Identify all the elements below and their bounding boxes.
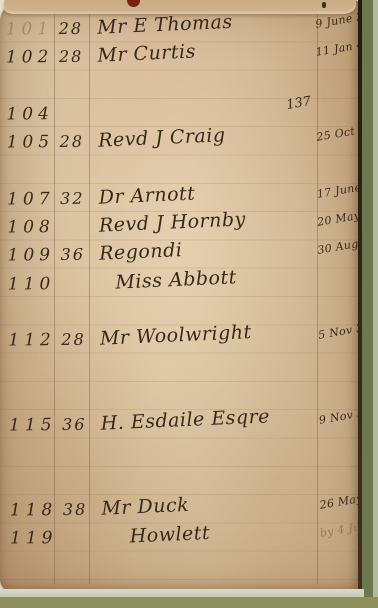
ledger-page: 10128Mr E Thomas9 June 3610228Mr Curtis1… — [0, 0, 360, 594]
ledger-row: 10936Regondi30 Aug 37 — [0, 241, 360, 270]
entry-name: Revd J Hornby — [99, 208, 247, 236]
entry-name: Miss Abbott — [115, 266, 237, 293]
ledger-row: 110Miss Abbott — [0, 269, 360, 298]
entry-name: Mr Woolwright — [99, 321, 252, 350]
ledger-row: 10128Mr E Thomas9 June 36 — [0, 14, 358, 43]
entry-size: 28 — [59, 47, 84, 66]
ledger-photograph: 10128Mr E Thomas9 June 3610228Mr Curtis1… — [0, 0, 378, 608]
entry-number: 118 — [10, 500, 60, 520]
entry-number: 110 — [8, 274, 58, 294]
entry-number: 107 — [7, 189, 57, 209]
entry-name: Mr Duck — [101, 494, 190, 520]
entry-number: 104 — [6, 104, 56, 124]
entry-size: 32 — [60, 189, 85, 208]
entry-number: 119 — [10, 528, 60, 548]
ledger-row: 108Revd J Hornby20 May 36 — [0, 213, 359, 242]
entry-number: 105 — [7, 132, 57, 152]
entry-size: 36 — [62, 415, 87, 434]
entry-number: 115 — [9, 415, 59, 435]
ledger-row: 11536H. Esdaile Esqre9 Nov 36 — [1, 411, 361, 440]
ledger-row: 104137 — [0, 99, 359, 128]
ink-mark — [322, 2, 326, 8]
entry-name: Dr Arnott — [98, 182, 195, 208]
ledger-row: 10528Revd J Craig25 Oct 36 — [0, 128, 359, 157]
mount-band-right-outer — [373, 0, 378, 608]
entry-size: 28 — [59, 19, 84, 38]
entry-size: 36 — [61, 245, 86, 264]
ledger-row: 10732Dr Arnott17 June 36 — [0, 184, 359, 213]
entry-fee-note: 137 — [285, 94, 312, 113]
entry-size: 28 — [60, 132, 85, 151]
entry-number: 109 — [8, 245, 58, 265]
ledger-entries: 10128Mr E Thomas9 June 3610228Mr Curtis1… — [0, 0, 363, 596]
entry-number: 112 — [8, 330, 58, 350]
entry-size: 28 — [61, 330, 86, 349]
entry-number: 102 — [6, 47, 56, 67]
ledger-row: 10228Mr Curtis11 Jan 40 — [0, 43, 358, 72]
ledger-row: 11838Mr Duck26 May 45 — [2, 496, 362, 525]
ledger-row: 11228Mr Woolwright5 Nov 36 — [0, 326, 360, 355]
entry-name: Regondi — [99, 239, 183, 265]
ledger-row: 119Howlettby 4 July 35 — [2, 524, 362, 553]
previous-page-edge — [4, 0, 356, 14]
mount-band-bottom — [0, 597, 378, 608]
entry-name: Mr E Thomas — [97, 11, 233, 39]
entry-name: H. Esdaile Esqre — [100, 406, 270, 435]
entry-number: 108 — [7, 217, 57, 237]
entry-name: Revd J Craig — [98, 124, 226, 152]
entry-name: Mr Curtis — [97, 41, 196, 67]
entry-name: Howlett — [129, 522, 210, 547]
entry-number: 101 — [6, 19, 56, 39]
entry-size: 38 — [63, 500, 88, 519]
